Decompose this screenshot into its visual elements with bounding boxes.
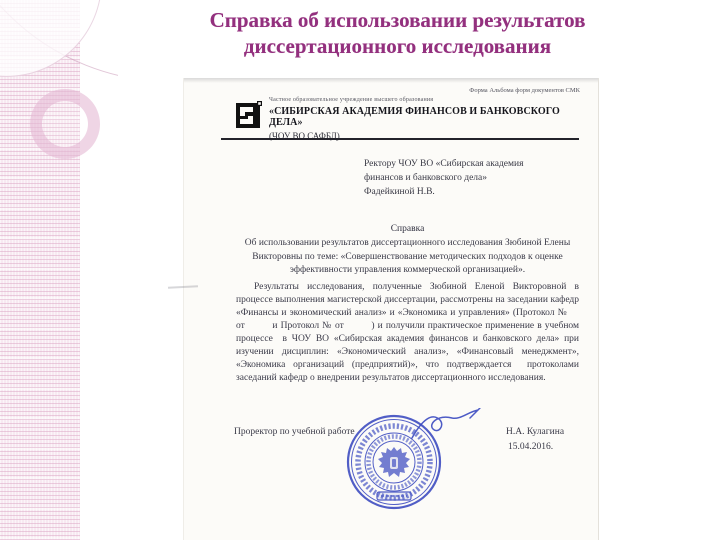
addressee-block: Ректору ЧОУ ВО «Сибирская академия финан… (364, 157, 584, 199)
presentation-slide: Справка об использовании результатов дис… (0, 0, 720, 540)
form-note: Форма Альбома форм документов СМК (469, 87, 580, 94)
addressee-line: Ректору ЧОУ ВО «Сибирская академия (364, 157, 584, 171)
body-paragraph: Результаты исследования, полученные Зюби… (236, 281, 579, 385)
subject-paragraph: Об использовании результатов диссертацио… (236, 237, 579, 278)
pink-striped-texture (0, 0, 80, 540)
signature-icon (410, 408, 482, 450)
signature-name: Н.А. Кулагина (506, 427, 564, 437)
left-decorative-band (0, 0, 118, 540)
addressee-line: финансов и банковского дела» (364, 171, 584, 185)
letterhead-divider (221, 138, 579, 140)
signature-date: 15.04.2016. (508, 442, 553, 452)
org-name-line: «СИБИРСКАЯ АКАДЕМИЯ ФИНАНСОВ И БАНКОВСКО… (269, 106, 581, 128)
page-title: Справка об использовании результатов дис… (170, 8, 625, 59)
signature-role: Проректор по учебной работе (234, 427, 355, 437)
letterhead: Частное образовательное учреждение высше… (269, 97, 581, 141)
scan-edge-shadow (184, 78, 598, 83)
document-heading: Справка (236, 224, 579, 234)
safbd-logo-icon (236, 101, 262, 130)
decorative-ring-icon (30, 89, 100, 159)
addressee-line: Фадейкиной Н.В. (364, 185, 584, 199)
scan-fold-artifact (168, 285, 198, 289)
org-type-line: Частное образовательное учреждение высше… (269, 97, 581, 103)
scanned-document: Форма Альбома форм документов СМК Частно… (183, 78, 599, 540)
